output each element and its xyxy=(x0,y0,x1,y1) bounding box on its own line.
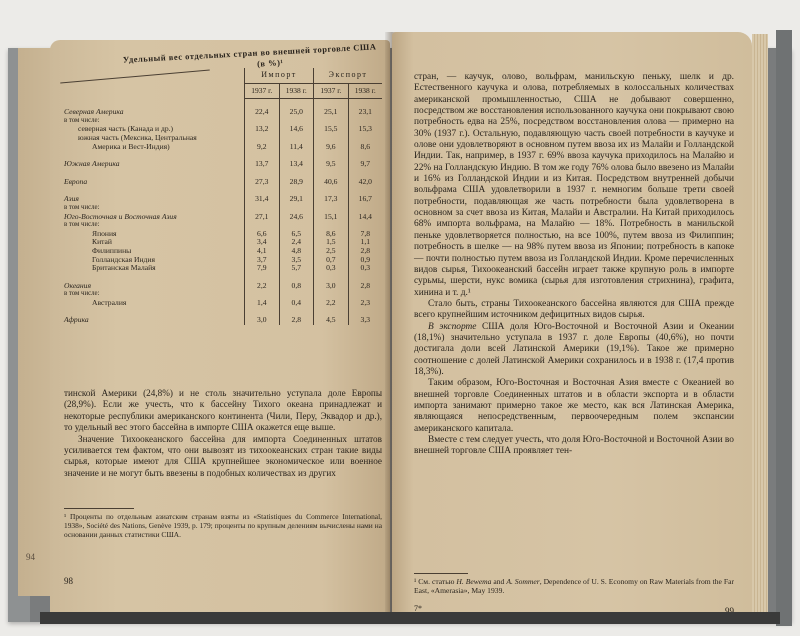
cell-value: 3,3 xyxy=(348,316,382,325)
footnote-author-2: A. Sommer xyxy=(506,577,539,586)
cell-value: 29,1 xyxy=(279,195,314,204)
row-label: Африка xyxy=(62,316,245,325)
page-block-edge xyxy=(752,34,768,620)
cell-value: 27,1 xyxy=(245,213,280,222)
right-page-body: стран, — каучук, олово, вольфрам, маниль… xyxy=(414,72,734,458)
cell-value: 9,6 xyxy=(314,143,349,152)
cell-value: 1,4 xyxy=(245,299,280,308)
cell-value: 13,2 xyxy=(245,125,280,134)
cell-value: 31,4 xyxy=(245,195,280,204)
cell-value: 16,7 xyxy=(348,195,382,204)
right-paragraph-5: Вместе с тем следует учесть, что доля Юг… xyxy=(414,435,734,458)
table-row: Британская Малайя7,95,70,30,3 xyxy=(62,264,382,273)
table-row: Южная Америка13,713,49,59,7 xyxy=(62,160,382,169)
cell-value: 24,6 xyxy=(279,213,314,222)
row-label: Америка и Вест-Индия) xyxy=(62,143,245,152)
cell-value: 14,6 xyxy=(279,125,314,134)
row-label: Япония xyxy=(62,230,245,239)
right-page: стран, — каучук, олово, вольфрам, маниль… xyxy=(392,32,752,622)
cell-value: 9,7 xyxy=(348,160,382,169)
cell-value: 27,3 xyxy=(245,178,280,187)
row-label: Филиппины xyxy=(62,247,245,256)
table-row: северная часть (Канада и др.)13,214,615,… xyxy=(62,125,382,134)
book-bottom-edge xyxy=(40,612,780,624)
cell-value: 25,1 xyxy=(314,108,349,117)
cell-value: 17,3 xyxy=(314,195,349,204)
cell-value: 4,5 xyxy=(314,316,349,325)
row-label: Голландская Индия xyxy=(62,256,245,265)
table-row: Юго-Восточная и Восточная Азия27,124,615… xyxy=(62,213,382,222)
left-page-body: тинской Америки (24,8%) и не столь значи… xyxy=(64,388,382,479)
row-label: Северная Америка xyxy=(62,108,245,117)
header-import: Импорт xyxy=(245,68,314,83)
table-row: Африка3,02,84,53,3 xyxy=(62,316,382,325)
left-page: Удельный вес отдельных стран во внешней … xyxy=(50,40,390,612)
row-label: северная часть (Канада и др.) xyxy=(62,125,245,134)
cell-value: 28,9 xyxy=(279,178,314,187)
cell-value: 0,3 xyxy=(314,264,349,273)
row-label: Южная Америка xyxy=(62,160,245,169)
row-label: Азия xyxy=(62,195,245,204)
cell-value: 13,7 xyxy=(245,160,280,169)
table-row: Австралия1,40,42,22,3 xyxy=(62,299,382,308)
table-row: Америка и Вест-Индия)9,211,49,68,6 xyxy=(62,143,382,152)
right-paragraph-2: Стало быть, страны Тихоокеанского бассей… xyxy=(414,299,734,322)
row-label: в том числе: xyxy=(62,117,245,126)
cell-value: 9,5 xyxy=(314,160,349,169)
underlying-page-number: 94 xyxy=(26,552,35,562)
header-export-1938: 1938 г. xyxy=(348,83,382,99)
cell-value: 3,0 xyxy=(314,282,349,291)
cell-value: 11,4 xyxy=(279,143,314,152)
cell-value: 0,8 xyxy=(279,282,314,291)
cell-value: 15,5 xyxy=(314,125,349,134)
left-paragraph-1: тинской Америки (24,8%) и не столь значи… xyxy=(64,388,382,434)
table-row: Океания2,20,83,02,8 xyxy=(62,282,382,291)
cell-value: 2,8 xyxy=(279,316,314,325)
left-page-number: 98 xyxy=(64,576,73,586)
cell-value: 42,0 xyxy=(348,178,382,187)
left-footnote: ¹ Проценты по отдельным азиатским страна… xyxy=(64,512,382,539)
cell-value: 0,4 xyxy=(279,299,314,308)
table-body: Северная Америка22,425,025,123,1в том чи… xyxy=(62,99,382,325)
table-corner xyxy=(62,68,245,99)
table-row: Азия31,429,117,316,7 xyxy=(62,195,382,204)
footnote-rule xyxy=(64,508,134,509)
row-label: Юго-Восточная и Восточная Азия xyxy=(62,213,245,222)
cell-value: 9,2 xyxy=(245,143,280,152)
cell-value: 15,1 xyxy=(314,213,349,222)
export-emphasis: В экспорте xyxy=(428,322,476,332)
right-paragraph-1: стран, — каучук, олово, вольфрам, маниль… xyxy=(414,72,734,299)
row-label: в том числе: xyxy=(62,290,245,299)
cell-value: 15,3 xyxy=(348,125,382,134)
header-import-1937: 1937 г. xyxy=(245,83,280,99)
row-label: Австралия xyxy=(62,299,245,308)
left-paragraph-2: Значение Тихоокеанского бассейна для имп… xyxy=(64,434,382,480)
row-label: в том числе: xyxy=(62,204,245,213)
row-label: в том числе: xyxy=(62,221,245,230)
header-export: Экспорт xyxy=(314,68,382,83)
table-row: Северная Америка22,425,025,123,1 xyxy=(62,108,382,117)
right-paragraph-3: В экспорте США доля Юго-Восточной и Вост… xyxy=(414,322,734,379)
cell-value: 5,7 xyxy=(279,264,314,273)
row-label: Океания xyxy=(62,282,245,291)
right-paragraph-4: Таким образом, Юго-Восточная и Восточная… xyxy=(414,378,734,435)
cell-value: 7,9 xyxy=(245,264,280,273)
book-cover-right-edge xyxy=(776,30,792,626)
cell-value: 40,6 xyxy=(314,178,349,187)
right-footnote: ¹ См. статью H. Bewema and A. Sommer, De… xyxy=(414,577,734,596)
cell-value: 3,0 xyxy=(245,316,280,325)
row-label: Британская Малайя xyxy=(62,264,245,273)
header-export-1937: 1937 г. xyxy=(314,83,349,99)
cell-value: 22,4 xyxy=(245,108,280,117)
cell-value: 2,8 xyxy=(348,282,382,291)
footnote-author-1: H. Bewema xyxy=(456,577,491,586)
cell-value: 25,0 xyxy=(279,108,314,117)
row-label: Китай xyxy=(62,238,245,247)
cell-value: 23,1 xyxy=(348,108,382,117)
table-row: Европа27,328,940,642,0 xyxy=(62,178,382,187)
right-footnote-rule xyxy=(414,573,468,574)
cell-value: 2,2 xyxy=(245,282,280,291)
cell-value: 0,3 xyxy=(348,264,382,273)
row-label: южная часть (Мексика, Центральная xyxy=(62,134,245,143)
row-label: Европа xyxy=(62,178,245,187)
cell-value: 13,4 xyxy=(279,160,314,169)
cell-value: 2,3 xyxy=(348,299,382,308)
header-import-1938: 1938 г. xyxy=(279,83,314,99)
trade-share-table-wrap: Импорт Экспорт 1937 г. 1938 г. 1937 г. 1… xyxy=(62,68,382,325)
cell-value: 8,6 xyxy=(348,143,382,152)
cell-value: 14,4 xyxy=(348,213,382,222)
cell-value: 2,2 xyxy=(314,299,349,308)
trade-share-table: Импорт Экспорт 1937 г. 1938 г. 1937 г. 1… xyxy=(62,68,382,325)
